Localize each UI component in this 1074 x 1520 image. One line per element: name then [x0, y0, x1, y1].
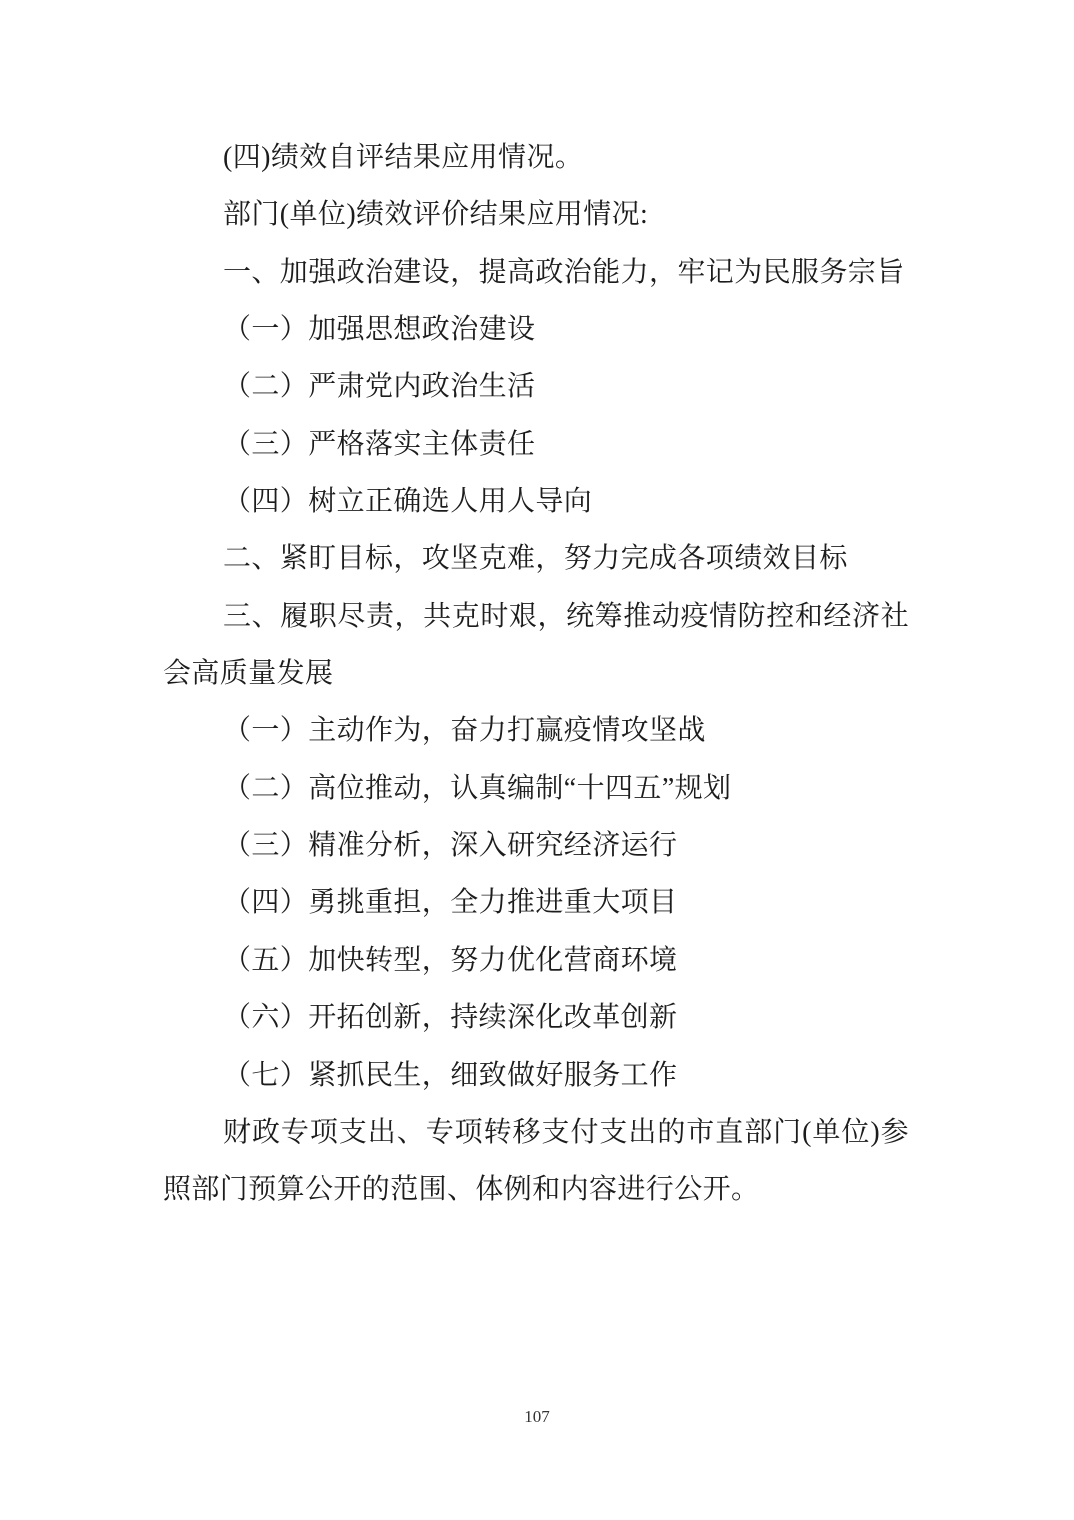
paragraph: （四）勇挑重担，全力推进重大项目 [163, 874, 909, 931]
paragraph: （一）加强思想政治建设 [163, 301, 909, 358]
paragraph: 二、紧盯目标，攻坚克难，努力完成各项绩效目标 [163, 530, 909, 587]
paragraph: 财政专项支出、专项转移支付支出的市直部门(单位)参照部门预算公开的范围、体例和内… [163, 1104, 909, 1219]
paragraph: （六）开拓创新，持续深化改革创新 [163, 989, 909, 1046]
paragraph: 部门(单位)绩效评价结果应用情况: [163, 186, 909, 243]
document-page: (四)绩效自评结果应用情况。部门(单位)绩效评价结果应用情况:一、加强政治建设，… [0, 0, 1074, 1520]
paragraph: （五）加快转型，努力优化营商环境 [163, 932, 909, 989]
paragraph: 一、加强政治建设，提高政治能力，牢记为民服务宗旨 [163, 244, 909, 301]
paragraph: （三）严格落实主体责任 [163, 416, 909, 473]
paragraph: （一）主动作为，奋力打赢疫情攻坚战 [163, 702, 909, 759]
paragraph: （四）树立正确选人用人导向 [163, 473, 909, 530]
document-body: (四)绩效自评结果应用情况。部门(单位)绩效评价结果应用情况:一、加强政治建设，… [163, 129, 909, 1219]
paragraph: （七）紧抓民生，细致做好服务工作 [163, 1047, 909, 1104]
paragraph: (四)绩效自评结果应用情况。 [163, 129, 909, 186]
page-number: 107 [0, 1405, 1074, 1429]
paragraph: （三）精准分析，深入研究经济运行 [163, 817, 909, 874]
paragraph: 三、履职尽责，共克时艰，统筹推动疫情防控和经济社会高质量发展 [163, 588, 909, 703]
paragraph: （二）严肃党内政治生活 [163, 358, 909, 415]
paragraph: （二）高位推动，认真编制“十四五”规划 [163, 760, 909, 817]
